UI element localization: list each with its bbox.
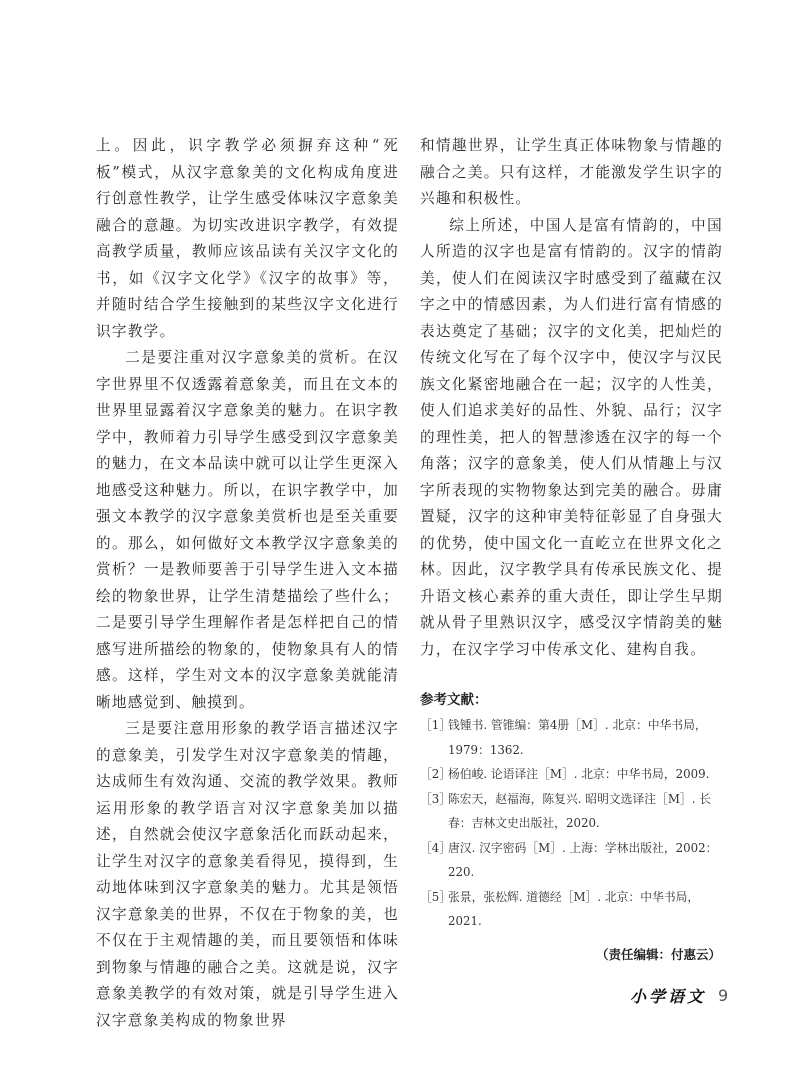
reference-text: 张景，张松辉. 道德经［M］. 北京：中华书局，2021. bbox=[448, 885, 723, 934]
reference-item: ［4］ 唐汉. 汉字密码［M］. 上海：学林出版社，2002：220. bbox=[420, 836, 723, 885]
reference-item: ［3］ 陈宏天，赵福海，陈复兴. 昭明文选译注［M］. 长春：吉林文史出版社，2… bbox=[420, 787, 723, 836]
references-heading: 参考文献： bbox=[420, 689, 723, 711]
page-footer: 小学语文 9 bbox=[630, 984, 728, 1007]
body-paragraph: 上。因此，识字教学必须摒弃这种“死板”模式，从汉字意象美的文化构成角度进行创意性… bbox=[96, 133, 399, 345]
references-list: ［1］ 钱锺书. 管锥编：第4册［M］. 北京：中华书局，1979：1362. … bbox=[420, 713, 723, 934]
body-paragraph: 三是要注意用形象的教学语言描述汉字的意象美，引发学生对汉字意象美的情趣，达成师生… bbox=[96, 716, 399, 1034]
reference-number: ［2］ bbox=[420, 762, 448, 787]
reference-text: 杨伯峻. 论语译注［M］. 北京：中华书局，2009. bbox=[448, 762, 723, 787]
reference-item: ［2］ 杨伯峻. 论语译注［M］. 北京：中华书局，2009. bbox=[420, 762, 723, 787]
reference-item: ［5］ 张景，张松辉. 道德经［M］. 北京：中华书局，2021. bbox=[420, 885, 723, 934]
reference-number: ［4］ bbox=[420, 836, 448, 885]
reference-number: ［3］ bbox=[420, 787, 448, 836]
reference-text: 陈宏天，赵福海，陈复兴. 昭明文选译注［M］. 长春：吉林文史出版社，2020. bbox=[448, 787, 723, 836]
page-number: 9 bbox=[718, 986, 728, 1005]
responsible-editor: （责任编辑：付惠云） bbox=[420, 944, 723, 966]
journal-logo: 小学语文 bbox=[630, 984, 706, 1007]
reference-text: 钱锺书. 管锥编：第4册［M］. 北京：中华书局，1979：1362. bbox=[448, 713, 723, 762]
reference-text: 唐汉. 汉字密码［M］. 上海：学林出版社，2002：220. bbox=[448, 836, 723, 885]
body-paragraph: 和情趣世界，让学生真正体味物象与情趣的融合之美。只有这样，才能激发学生识字的兴趣… bbox=[420, 133, 723, 213]
body-paragraph: 综上所述，中国人是富有情韵的，中国人所造的汉字也是富有情韵的。汉字的情韵美，使人… bbox=[420, 213, 723, 664]
right-column: 和情趣世界，让学生真正体味物象与情趣的融合之美。只有这样，才能激发学生识字的兴趣… bbox=[420, 133, 723, 966]
body-paragraph: 二是要注重对汉字意象美的赏析。在汉字世界里不仅透露着意象美，而且在文本的世界里显… bbox=[96, 345, 399, 716]
reference-number: ［5］ bbox=[420, 885, 448, 934]
left-column: 上。因此，识字教学必须摒弃这种“死板”模式，从汉字意象美的文化构成角度进行创意性… bbox=[96, 133, 399, 1034]
reference-number: ［1］ bbox=[420, 713, 448, 762]
reference-item: ［1］ 钱锺书. 管锥编：第4册［M］. 北京：中华书局，1979：1362. bbox=[420, 713, 723, 762]
